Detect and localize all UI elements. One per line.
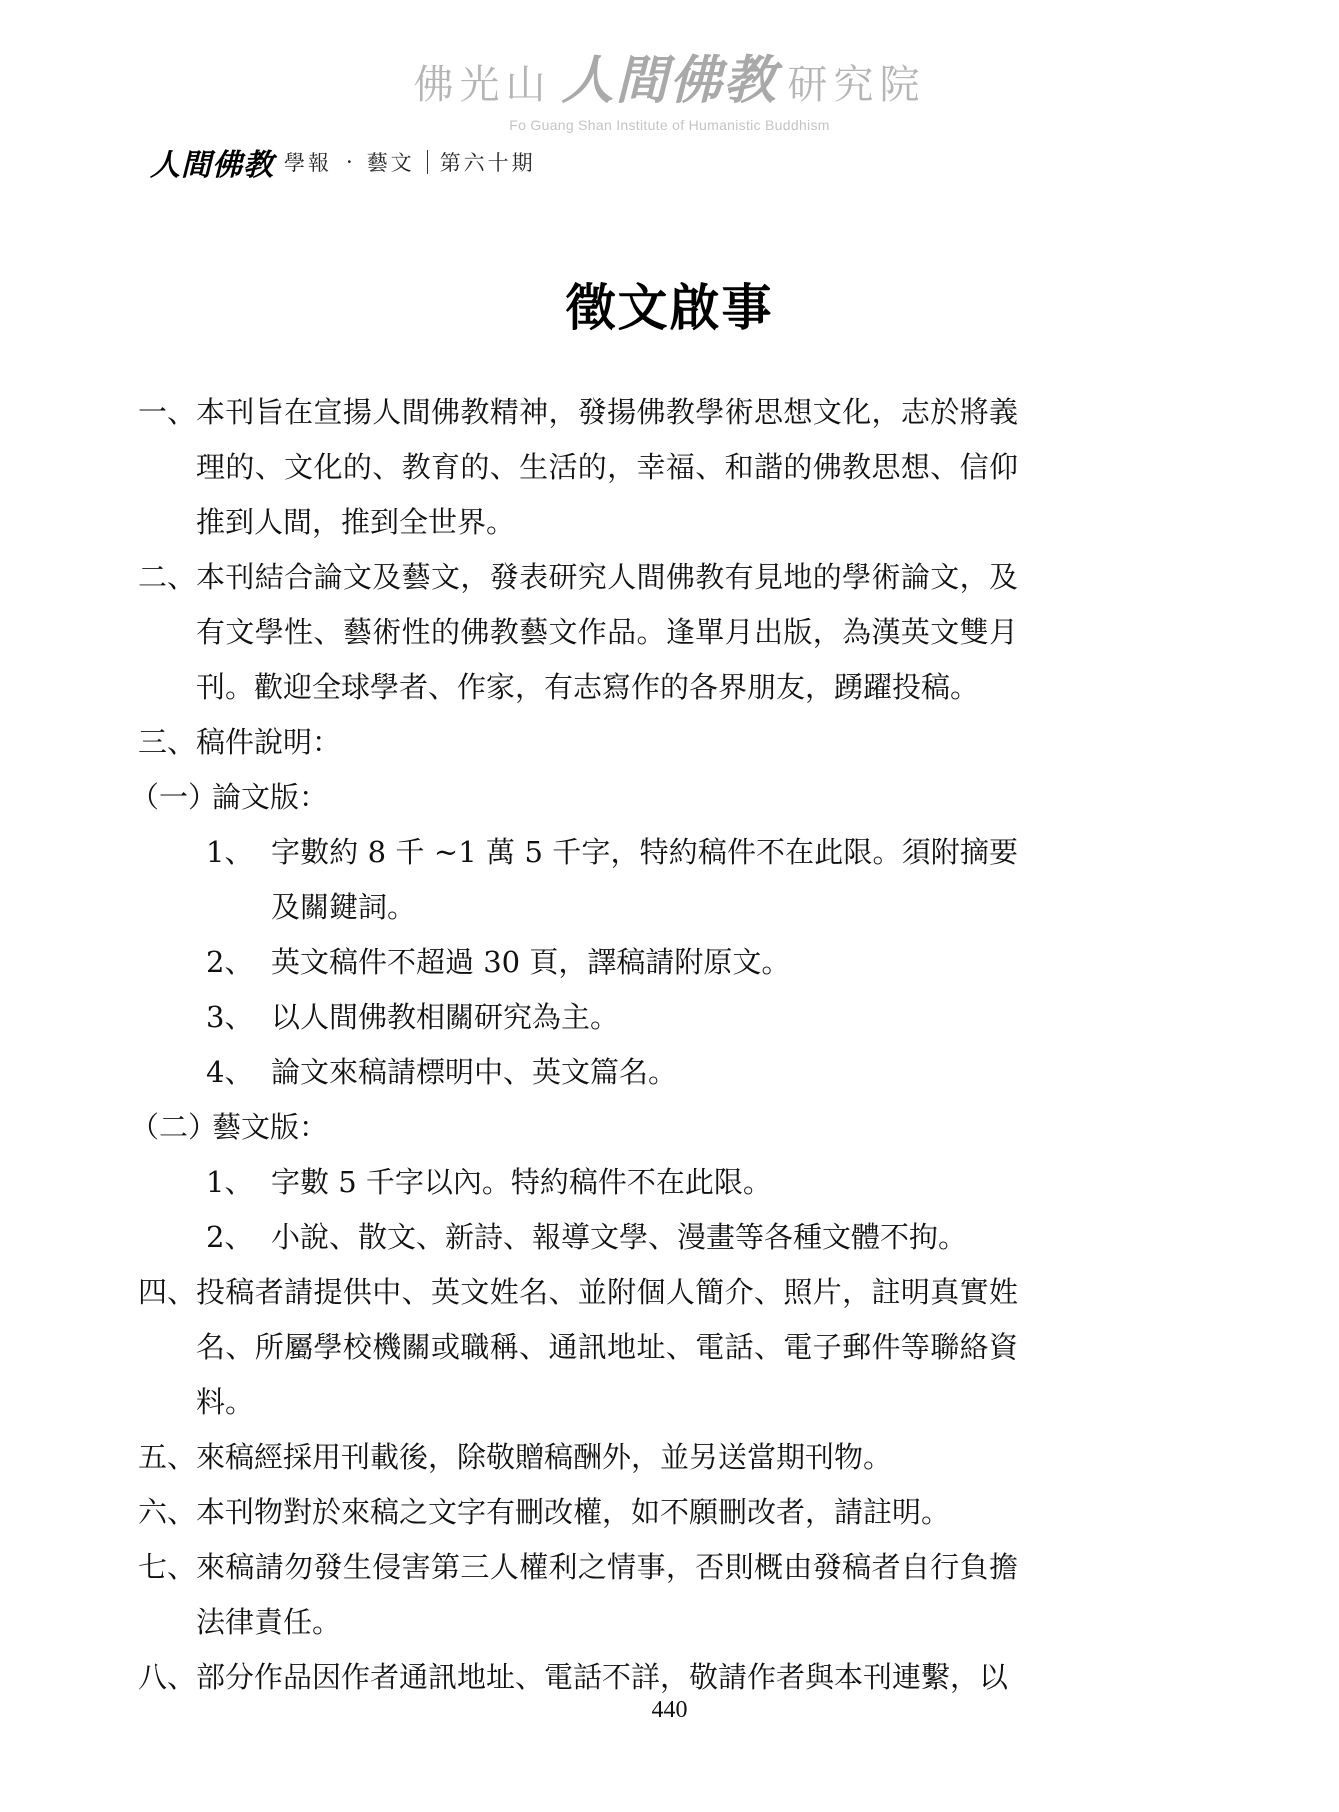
sub-list-item: 3、 以人間佛教相關研究為主。 bbox=[138, 990, 1018, 1045]
item-text: 投稿者請提供中、英文姓名、並附個人簡介、照片，註明真實姓名、所屬學校機關或職稱、… bbox=[196, 1265, 1018, 1430]
item-text: 本刊旨在宣揚人間佛教精神，發揚佛教學術思想文化，志於將義理的、文化的、教育的、生… bbox=[196, 385, 1018, 550]
item-prefix: 三、 bbox=[138, 715, 196, 770]
sub-item-prefix: 1、 bbox=[206, 825, 253, 880]
sub-item-text: 英文稿件不超過 30 頁，譯稿請附原文。 bbox=[271, 935, 1018, 990]
list-item: 七、 來稿請勿發生侵害第三人權利之情事，否則概由發稿者自行負擔法律責任。 bbox=[138, 1540, 1018, 1650]
journal-part-1: 學報 bbox=[284, 147, 332, 177]
institute-logo: 佛光山人間佛教研究院 Fo Guang Shan Institute of Hu… bbox=[0, 38, 1339, 133]
sub-list-item: 1、 字數約 8 千 ~1 萬 5 千字，特約稿件不在此限。須附摘要及關鍵詞。 bbox=[138, 825, 1018, 935]
sub-item-text: 字數 5 千字以內。特約稿件不在此限。 bbox=[271, 1155, 1018, 1210]
logo-prefix: 佛光山 bbox=[413, 62, 551, 108]
section-heading-thesis: （一） 論文版： bbox=[130, 770, 1018, 825]
list-item: 五、 來稿經採用刊載後，除敬贈稿酬外，並另送當期刊物。 bbox=[138, 1430, 1018, 1485]
sub-list-item: 4、 論文來稿請標明中、英文篇名。 bbox=[138, 1045, 1018, 1100]
journal-running-header: 人間佛教 學報 · 藝文 第六十期 bbox=[150, 140, 536, 184]
section-heading-arts: （二） 藝文版： bbox=[130, 1100, 1018, 1155]
sub-list-item: 2、 英文稿件不超過 30 頁，譯稿請附原文。 bbox=[138, 935, 1018, 990]
page-title: 徵文啟事 bbox=[0, 268, 1339, 340]
journal-part-2: 藝文 bbox=[367, 147, 415, 177]
item-prefix: 二、 bbox=[138, 550, 196, 605]
institute-logo-chinese: 佛光山人間佛教研究院 bbox=[0, 38, 1339, 113]
journal-brand: 人間佛教 bbox=[150, 140, 274, 184]
logo-script: 人間佛教 bbox=[561, 50, 777, 111]
sub-list-item: 1、 字數 5 千字以內。特約稿件不在此限。 bbox=[138, 1155, 1018, 1210]
journal-issue: 第六十期 bbox=[440, 147, 536, 177]
list-item: 六、 本刊物對於來稿之文字有刪改權，如不願刪改者，請註明。 bbox=[138, 1485, 1018, 1540]
call-for-papers-body: 一、 本刊旨在宣揚人間佛教精神，發揚佛教學術思想文化，志於將義理的、文化的、教育… bbox=[138, 385, 1018, 1705]
journal-separator bbox=[427, 150, 428, 174]
list-item: 三、 稿件說明： bbox=[138, 715, 1018, 770]
item-text: 本刊結合論文及藝文，發表研究人間佛教有見地的學術論文，及有文學性、藝術性的佛教藝… bbox=[196, 550, 1018, 715]
list-item: 四、 投稿者請提供中、英文姓名、並附個人簡介、照片，註明真實姓名、所屬學校機關或… bbox=[138, 1265, 1018, 1430]
sub-item-prefix: 1、 bbox=[206, 1155, 253, 1210]
section-label: 論文版： bbox=[212, 780, 328, 814]
item-text: 來稿經採用刊載後，除敬贈稿酬外，並另送當期刊物。 bbox=[196, 1430, 1018, 1485]
item-text: 稿件說明： bbox=[196, 715, 1018, 770]
item-text: 來稿請勿發生侵害第三人權利之情事，否則概由發稿者自行負擔法律責任。 bbox=[196, 1540, 1018, 1650]
sub-item-prefix: 2、 bbox=[206, 1210, 253, 1265]
section-label: 藝文版： bbox=[212, 1110, 328, 1144]
sub-item-text: 字數約 8 千 ~1 萬 5 千字，特約稿件不在此限。須附摘要及關鍵詞。 bbox=[271, 825, 1018, 935]
item-prefix: 一、 bbox=[138, 385, 196, 440]
sub-item-text: 以人間佛教相關研究為主。 bbox=[271, 990, 1018, 1045]
institute-logo-english: Fo Guang Shan Institute of Humanistic Bu… bbox=[0, 117, 1339, 133]
sub-list-item: 2、 小說、散文、新詩、報導文學、漫畫等各種文體不拘。 bbox=[138, 1210, 1018, 1265]
section-prefix: （二） bbox=[130, 1100, 217, 1155]
item-prefix: 四、 bbox=[138, 1265, 196, 1320]
sub-item-prefix: 2、 bbox=[206, 935, 253, 990]
item-prefix: 六、 bbox=[138, 1485, 196, 1540]
section-prefix: （一） bbox=[130, 770, 217, 825]
sub-item-text: 小說、散文、新詩、報導文學、漫畫等各種文體不拘。 bbox=[271, 1210, 1018, 1265]
sub-item-prefix: 4、 bbox=[206, 1045, 253, 1100]
item-prefix: 五、 bbox=[138, 1430, 196, 1485]
item-prefix: 七、 bbox=[138, 1540, 196, 1595]
sub-item-prefix: 3、 bbox=[206, 990, 253, 1045]
list-item: 一、 本刊旨在宣揚人間佛教精神，發揚佛教學術思想文化，志於將義理的、文化的、教育… bbox=[138, 385, 1018, 550]
item-text: 本刊物對於來稿之文字有刪改權，如不願刪改者，請註明。 bbox=[196, 1485, 1018, 1540]
list-item: 二、 本刊結合論文及藝文，發表研究人間佛教有見地的學術論文，及有文學性、藝術性的… bbox=[138, 550, 1018, 715]
sub-item-text: 論文來稿請標明中、英文篇名。 bbox=[271, 1045, 1018, 1100]
logo-suffix: 研究院 bbox=[788, 62, 926, 108]
journal-dot: · bbox=[346, 150, 353, 174]
page-number: 440 bbox=[0, 1697, 1339, 1724]
